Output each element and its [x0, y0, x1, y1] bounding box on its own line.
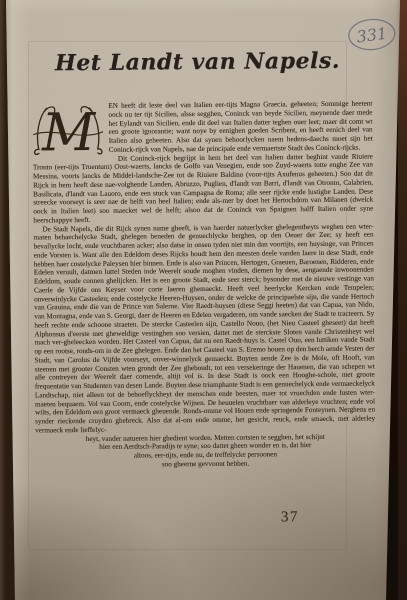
svg-text:M: M — [41, 103, 98, 161]
handwritten-folio-number: 331 — [355, 24, 388, 47]
body-paragraph: De Stadt Napels, die dit Rijck synen nam… — [33, 222, 375, 435]
page-title: Het Landt van Napels. — [30, 48, 365, 77]
page-content: 331 Het Landt van Napels. — [0, 0, 407, 600]
ornate-initial-m-icon: M — [32, 103, 103, 161]
closing-line: soo gheerne gevvoont hebben. — [35, 458, 375, 470]
drop-cap-initial: M — [32, 103, 103, 161]
paragraph-text: EN heeft dit leste deel van Italien eer-… — [108, 100, 372, 154]
page-number: 37 — [281, 509, 299, 526]
closing-taper-block: heyt, vander natueren hier ghedient word… — [35, 432, 375, 470]
table-edge-background — [398, 0, 407, 600]
body-paragraph: M EN heeft dit leste deel van Italien ee… — [32, 100, 372, 155]
body-text-block: M EN heeft dit leste deel van Italien ee… — [32, 100, 375, 470]
body-paragraph: Dit Coninck-rijck begrijpt in hem het de… — [33, 152, 374, 225]
book-page: 331 Het Landt van Napels. — [0, 0, 407, 600]
book-page-photo: 331 Het Landt van Napels. — [0, 0, 407, 600]
